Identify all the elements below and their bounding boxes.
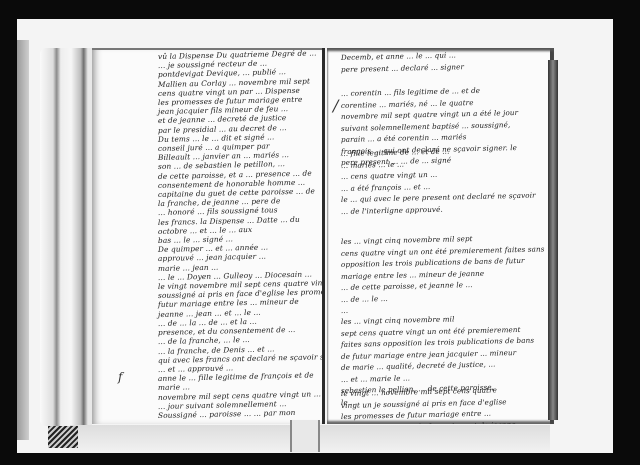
register-entry: Decemb, et anne ... le ... qui ... pere … xyxy=(341,52,464,75)
register-entry: le vingt ... novembre mil sept cens quat… xyxy=(341,388,516,424)
register-entry: ... fille legitime de ... et de ... ... … xyxy=(341,148,536,217)
handwritten-line: pere present ... declaré ... signer xyxy=(341,61,464,75)
book-page-edges xyxy=(40,48,92,426)
register-entry: les ... vingt cinq novembre mil septcens… xyxy=(341,236,545,317)
scan-shadow xyxy=(17,40,29,440)
book-spine-stripes xyxy=(48,426,78,448)
right-page-edge xyxy=(548,60,558,420)
right-page: Decemb, et anne ... le ... qui ... pere … xyxy=(327,48,554,424)
binding-ribbon xyxy=(290,420,320,452)
left-page: vû la Dispense Du quatrieme Degré de ...… xyxy=(92,48,325,424)
margin-mark: f xyxy=(118,370,122,384)
margin-mark: / xyxy=(333,96,338,115)
left-page-text: vû la Dispense Du quatrieme Degré de ...… xyxy=(158,52,325,420)
scan-border xyxy=(0,453,640,465)
